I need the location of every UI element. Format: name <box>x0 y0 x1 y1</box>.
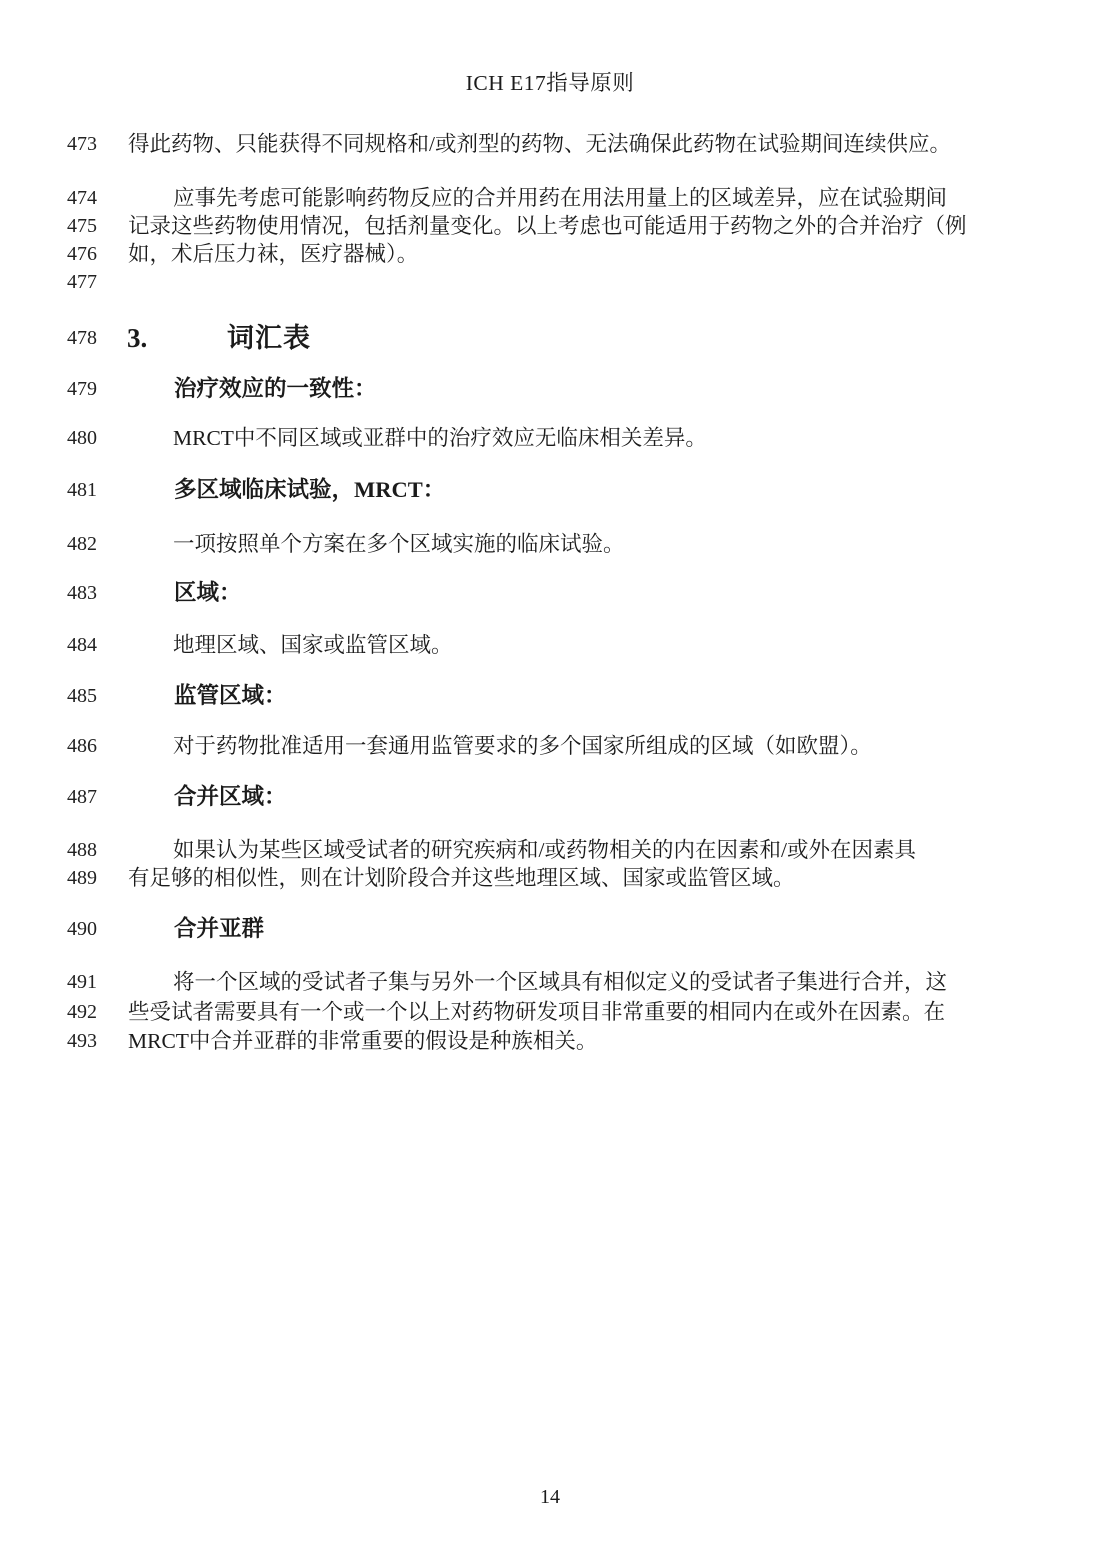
glossary-term: 多区域临床试验，MRCT： <box>174 476 445 504</box>
line-text: 记录这些药物使用情况，包括剂量变化。以上考虑也可能适用于药物之外的合并治疗（例 <box>128 212 967 240</box>
line-text: 得此药物、只能获得不同规格和/或剂型的药物、无法确保此药物在试验期间连续供应。 <box>128 130 951 158</box>
line-text: 些受试者需要具有一个或一个以上对药物研发项目非常重要的相同内在或外在因素。在 <box>128 998 945 1026</box>
line-text: MRCT中不同区域或亚群中的治疗效应无临床相关差异。 <box>173 424 707 452</box>
glossary-term: 区域： <box>174 579 242 607</box>
line-number: 483 <box>67 579 113 607</box>
page-header-title: ICH E17指导原则 <box>0 69 1100 97</box>
line-number: 484 <box>67 631 113 659</box>
line-number: 478 <box>67 318 113 358</box>
line-number: 485 <box>67 682 113 710</box>
line-number: 486 <box>67 732 113 760</box>
line-text: 应事先考虑可能影响药物反应的合并用药在用法用量上的区域差异，应在试验期间 <box>173 184 947 212</box>
glossary-term: 合并亚群 <box>174 915 264 943</box>
line-text: 对于药物批准适用一套通用监管要求的多个国家所组成的区域（如欧盟）。 <box>173 732 872 760</box>
line-text: 如果认为某些区域受试者的研究疾病和/或药物相关的内在因素和/或外在因素具 <box>173 836 916 864</box>
line-number: 475 <box>67 212 113 240</box>
line-number: 482 <box>67 530 113 558</box>
line-number: 488 <box>67 836 113 864</box>
line-number: 492 <box>67 998 113 1026</box>
document-page: ICH E17指导原则 473 得此药物、只能获得不同规格和/或剂型的药物、无法… <box>0 0 1100 1556</box>
line-number: 481 <box>67 476 113 504</box>
line-text: 一项按照单个方案在多个区域实施的临床试验。 <box>173 530 625 558</box>
line-number: 491 <box>67 968 113 996</box>
line-text: MRCT中合并亚群的非常重要的假设是种族相关。 <box>128 1027 597 1055</box>
line-text: 如，术后压力袜，医疗器械）。 <box>128 240 418 268</box>
page-number: 14 <box>0 1483 1100 1511</box>
line-number: 476 <box>67 240 113 268</box>
line-number: 479 <box>67 375 113 403</box>
line-number: 490 <box>67 915 113 943</box>
line-number: 493 <box>67 1027 113 1055</box>
glossary-term: 合并区域： <box>174 783 287 811</box>
section-number: 3. <box>127 318 147 358</box>
line-number: 489 <box>67 864 113 892</box>
glossary-term: 治疗效应的一致性： <box>174 375 377 403</box>
line-number: 473 <box>67 130 113 158</box>
line-text: 将一个区域的受试者子集与另外一个区域具有相似定义的受试者子集进行合并，这 <box>173 968 947 996</box>
section-title: 词汇表 <box>227 318 311 358</box>
line-number: 477 <box>67 268 113 296</box>
line-number: 480 <box>67 424 113 452</box>
glossary-term: 监管区域： <box>174 682 287 710</box>
line-text: 地理区域、国家或监管区域。 <box>173 631 453 659</box>
line-number: 474 <box>67 184 113 212</box>
line-number: 487 <box>67 783 113 811</box>
line-text: 有足够的相似性，则在计划阶段合并这些地理区域、国家或监管区域。 <box>128 864 795 892</box>
